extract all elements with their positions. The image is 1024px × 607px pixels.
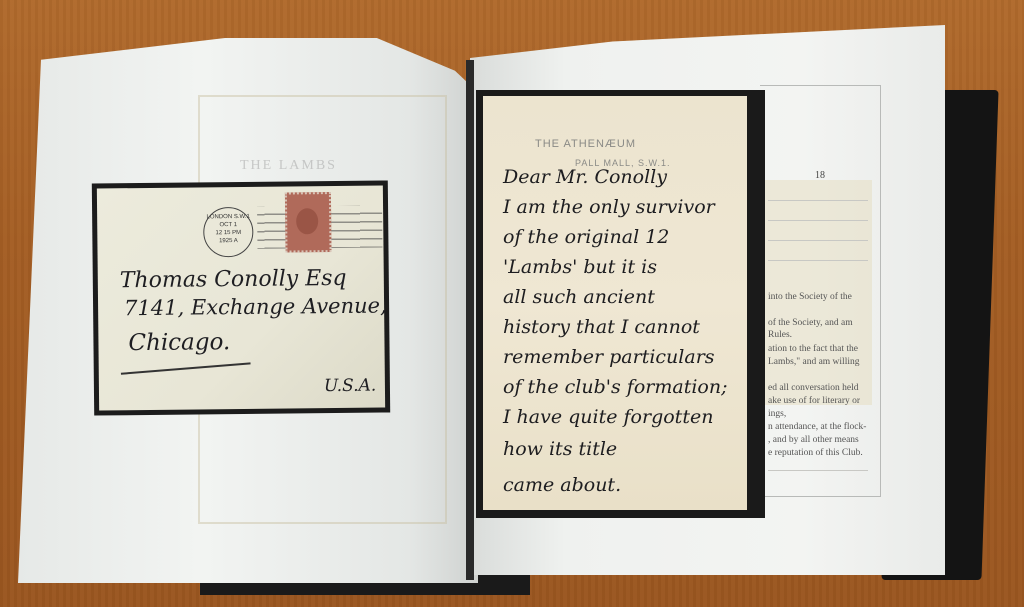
address-line-name: Thomas Conolly Esq — [120, 266, 347, 293]
address-line-country: U.S.A. — [324, 376, 377, 397]
printed-text-line: Rules. — [768, 330, 880, 340]
mounted-letter: THE ATHENÆUM PALL MALL, S.W.1. Dear Mr. … — [476, 90, 765, 518]
postmark-year: 1925 A — [204, 237, 252, 246]
printed-text-line: ake use of for literary or — [768, 396, 880, 406]
letter-line: I am the only survivor — [503, 196, 715, 218]
page-number: 18 — [815, 170, 825, 181]
form-rule — [768, 240, 868, 241]
postage-stamp-icon — [285, 192, 332, 252]
printed-text-line: into the Society of the — [768, 292, 880, 302]
address-line-street: 7141, Exchange Avenue, — [124, 293, 387, 320]
letter-line: 'Lambs' but it is — [503, 256, 657, 278]
printed-text-line: , and by all other means — [768, 435, 880, 445]
letter-line: of the original 12 — [503, 226, 669, 248]
printed-text-line: of the Society, and am — [768, 318, 880, 328]
form-rule — [768, 200, 868, 201]
form-rule — [768, 220, 868, 221]
letter-line: Dear Mr. Conolly — [503, 166, 667, 188]
printed-text-line: ation to the fact that the — [768, 344, 880, 354]
king-portrait-icon — [296, 208, 318, 234]
printed-text-line: n attendance, at the flock- — [768, 422, 880, 432]
letterhead-title: THE ATHENÆUM — [535, 138, 636, 150]
letter-line: came about. — [503, 474, 621, 496]
book-spine — [466, 60, 474, 580]
letter-line: I have quite forgotten — [503, 406, 713, 428]
printed-text-line: ed all conversation held — [768, 383, 880, 393]
form-rule — [768, 470, 868, 471]
left-page-ghost-title: THE LAMBS — [240, 158, 337, 174]
letter-line: how its title — [503, 438, 617, 460]
letter-line: history that I cannot — [503, 316, 700, 338]
letter-line: of the club's formation; — [503, 376, 727, 398]
letter-line: remember particulars — [503, 346, 715, 368]
envelope-paper: LONDON S.W.1 OCT 1 12 15 PM 1925 A Thoma… — [97, 186, 385, 411]
address-line-city: Chicago. — [128, 329, 230, 356]
mounted-envelope: LONDON S.W.1 OCT 1 12 15 PM 1925 A Thoma… — [92, 180, 390, 415]
postmark-city: LONDON S.W.1 — [204, 213, 252, 222]
address-underline — [121, 362, 251, 374]
printed-text-line: ings, — [768, 409, 880, 419]
letter-paper: THE ATHENÆUM PALL MALL, S.W.1. Dear Mr. … — [483, 96, 747, 510]
letter-line: all such ancient — [503, 286, 655, 308]
printed-text-line: Lambs," and am willing — [768, 357, 880, 367]
postmark-icon: LONDON S.W.1 OCT 1 12 15 PM 1925 A — [203, 207, 254, 258]
form-rule — [768, 260, 868, 261]
printed-text-line: e reputation of this Club. — [768, 448, 880, 458]
